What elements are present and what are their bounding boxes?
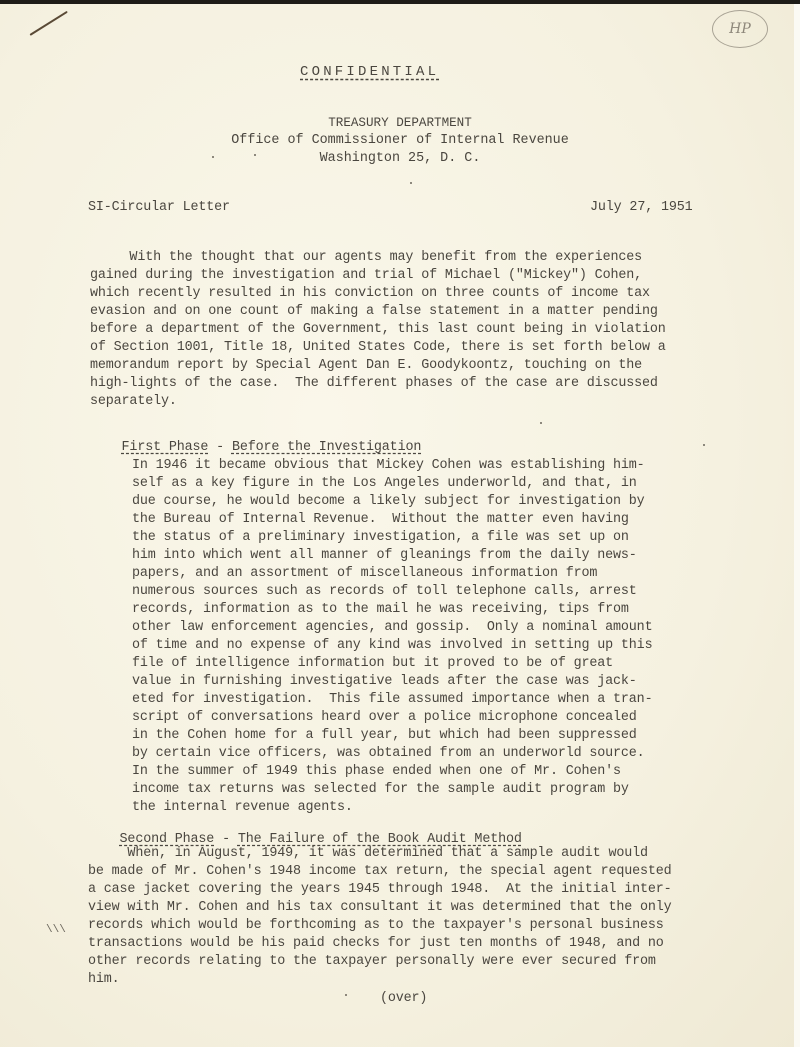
text-line: him. [88,970,120,990]
text-line: other law enforcement agencies, and goss… [132,618,652,638]
pencil-mark [29,11,67,36]
margin-annotation: \\\ [46,924,66,936]
text-line: view with Mr. Cohen and his tax consulta… [88,898,672,918]
text-line: value in furnishing investigative leads … [132,672,637,692]
text-line: script of conversations heard over a pol… [132,708,637,728]
heading-phase-title: Before the Investigation [232,440,421,455]
letterhead-address: Washington 25, D. C. [0,150,800,168]
text-line: papers, and an assortment of miscellaneo… [132,564,597,584]
initials-stamp: HP [712,10,768,48]
ink-speck [212,156,214,158]
text-line: self as a key figure in the Los Angeles … [132,474,637,494]
text-line: numerous sources such as records of toll… [132,582,637,602]
initials-text: HP [729,21,751,37]
text-line: With the thought that our agents may ben… [90,248,642,268]
ink-speck [345,994,347,996]
page-footer-over: (over) [380,989,427,1009]
letterhead-office: Office of Commissioner of Internal Reven… [0,132,800,150]
text-line: of Section 1001, Title 18, United States… [90,338,666,358]
text-line: a case jacket covering the years 1945 th… [88,880,672,900]
text-line: In the summer of 1949 this phase ended w… [132,762,621,782]
text-line: before a department of the Government, t… [90,320,666,340]
heading-phase-label: First Phase [122,440,209,455]
text-line: in the Cohen home for a full year, but w… [132,726,637,746]
text-line: which recently resulted in his convictio… [90,284,650,304]
text-line: be made of Mr. Cohen's 1948 income tax r… [88,862,672,882]
ink-speck [703,444,705,446]
classification-label: CONFIDENTIAL [300,64,439,80]
text-line: When, in August, 1949, it was determined… [88,844,648,864]
text-line: the Bureau of Internal Revenue. Without … [132,510,629,530]
text-line: separately. [90,392,177,412]
text-line: him into which went all manner of gleani… [132,546,637,566]
text-line: records, information as to the mail he w… [132,600,629,620]
document-page: HP CONFIDENTIAL TREASURY DEPARTMENT Offi… [0,0,800,1047]
ink-speck [254,154,256,156]
text-line: by certain vice officers, was obtained f… [132,744,645,764]
text-line: transactions would be his paid checks fo… [88,934,664,954]
text-line: file of intelligence information but it … [132,654,613,674]
date-line: July 27, 1951 [590,198,693,218]
text-line: the status of a preliminary investigatio… [132,528,629,548]
text-line: records which would be forthcoming as to… [88,916,664,936]
ink-speck [540,422,542,424]
text-line: high-lights of the case. The different p… [90,374,658,394]
text-line: of time and no expense of any kind was i… [132,636,652,656]
text-line: eted for investigation. This file assume… [132,690,652,710]
text-line: gained during the investigation and tria… [90,266,642,286]
text-line: memorandum report by Special Agent Dan E… [90,356,642,376]
ink-speck [410,182,412,184]
letterhead-department: TREASURY DEPARTMENT [0,114,800,132]
text-line: In 1946 it became obvious that Mickey Co… [132,456,645,476]
text-line: evasion and on one count of making a fal… [90,302,658,322]
text-line: due course, he would become a likely sub… [132,492,645,512]
heading-separator: - [208,440,232,455]
reference-line: SI-Circular Letter [88,198,230,218]
text-line: income tax returns was selected for the … [132,780,629,800]
text-line: other records relating to the taxpayer p… [88,952,656,972]
